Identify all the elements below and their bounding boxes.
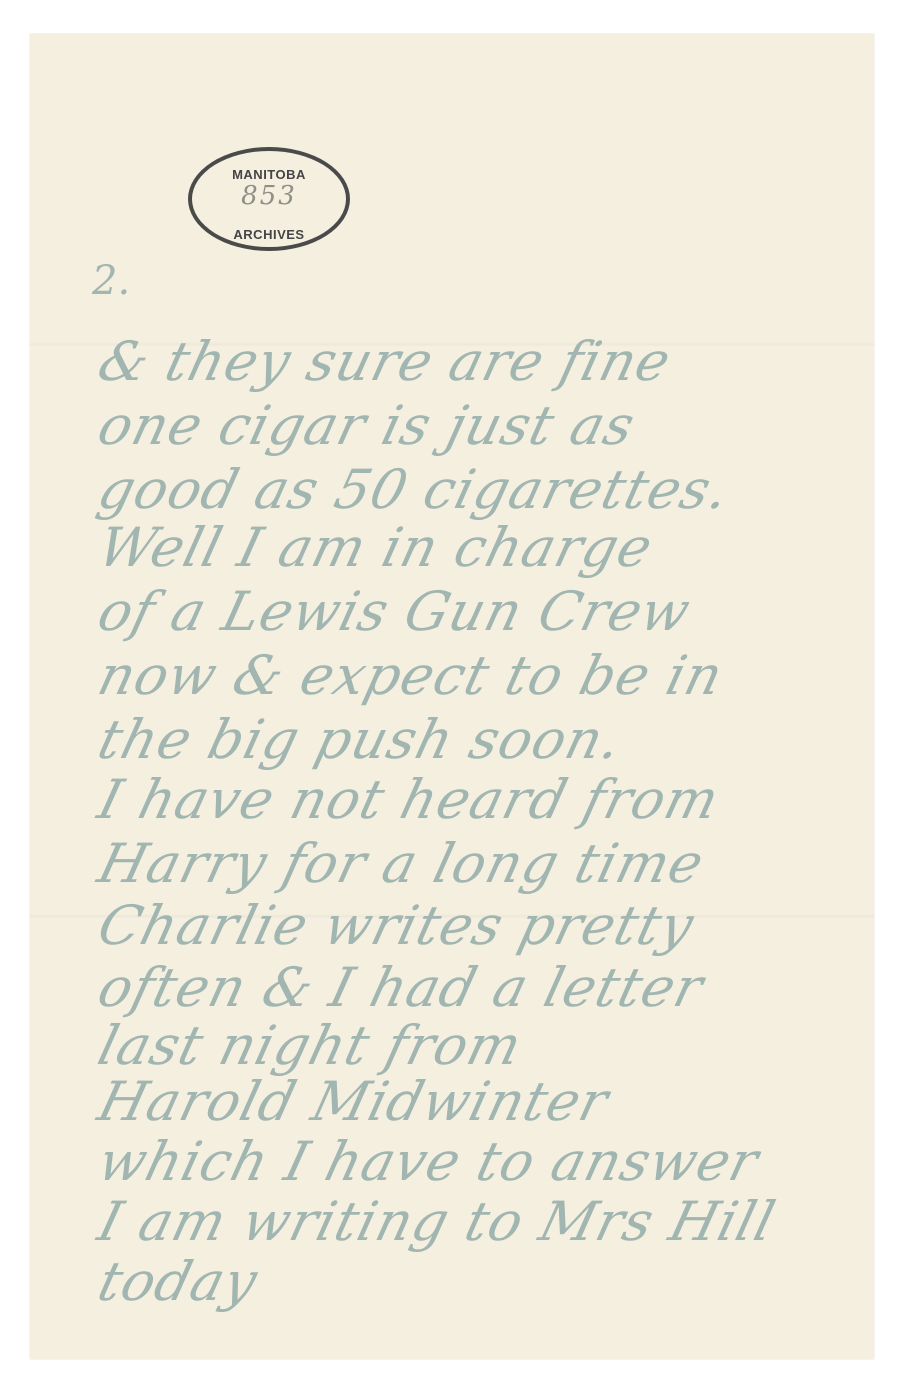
stamp-number: 853	[192, 181, 346, 211]
letter-line: one cigar is just as	[92, 394, 642, 457]
letter-line: which I have to answer	[92, 1130, 765, 1193]
letter-line: Charlie writes pretty	[92, 894, 701, 957]
letter-line: good as 50 cigarettes.	[92, 458, 736, 521]
stamp-top-text: MANITOBA	[192, 167, 346, 182]
letter-line: of a Lewis Gun Crew	[92, 580, 697, 643]
stamp-bottom-text: ARCHIVES	[192, 227, 346, 242]
letter-line: often & I had a letter	[92, 956, 710, 1019]
letter-line: now & expect to be in	[92, 644, 730, 707]
page-number: 2.	[92, 258, 130, 304]
letter-line: Well I am in charge	[92, 516, 659, 579]
letter-line: I have not heard from	[92, 768, 726, 831]
letter-line: today	[92, 1250, 264, 1313]
letter-line: the big push soon.	[92, 708, 629, 771]
letter-line: last night from	[92, 1014, 529, 1077]
letter-line: & they sure are fine	[92, 330, 678, 393]
letter-line: Harry for a long time	[92, 832, 711, 895]
archives-stamp: MANITOBA 853 ARCHIVES	[188, 147, 350, 251]
letter-line: I am writing to Mrs Hill	[92, 1190, 782, 1253]
letter-line: Harold Midwinter	[92, 1070, 615, 1133]
